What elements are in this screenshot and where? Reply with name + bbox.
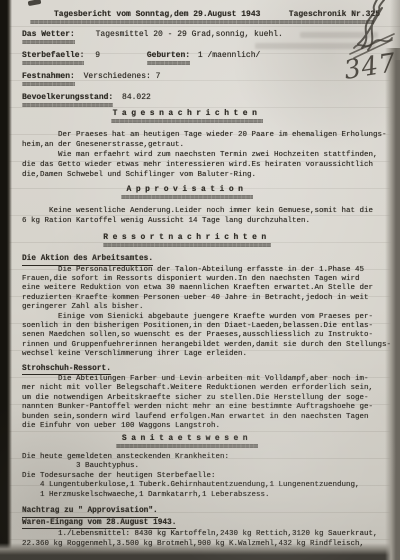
- underline-rule: ========================================…: [22, 40, 75, 47]
- section-ressortnachrichten-header: Ressortnachrichten =====================…: [22, 233, 352, 253]
- approvisation-paragraph: Keine wesentliche Aenderung.Leider noch …: [22, 206, 390, 226]
- weather-label: Das Wetter:=============================…: [22, 30, 75, 40]
- underline-rule: ========================================…: [22, 82, 75, 89]
- section-heading-ressortnachrichten: Ressortnachrichten: [103, 233, 270, 243]
- report-title: Tagesbericht vom Sonntag,dem 29.August 1…: [54, 10, 260, 20]
- arbeitsamt-paragraph-2: Einige vom Sienicki abgebaute juengere K…: [22, 313, 390, 360]
- subsection-arbeitsamt-title: Die Aktion des Arbeitsamtes.: [22, 254, 390, 266]
- deaths-label: Sterbefaelle:===========================…: [22, 51, 84, 61]
- weather-row: Das Wetter:=============================…: [22, 30, 390, 51]
- section-heading-tagesnachrichten: Tagesnachrichten: [113, 109, 262, 119]
- births-value: 1 /maennlich/: [198, 51, 260, 60]
- ink-smudge: [28, 0, 42, 6]
- deaths-births-row: Sterbefaelle:===========================…: [22, 51, 390, 72]
- tagesnachrichten-paragraph-1: Der Praeses hat am heutigen Tage wieder …: [22, 130, 390, 150]
- arrests-label: Festnahmen:=============================…: [22, 72, 75, 82]
- arrests-value: Verschiedenes: 7: [84, 72, 161, 81]
- scan-edge-left: [0, 0, 12, 560]
- tagesnachrichten-paragraph-2: Wie man erfaehrt wird zum naechsten Term…: [22, 150, 390, 180]
- deaths-value: 9: [95, 51, 100, 60]
- section-approvisation-header: Approvisation ==========================…: [22, 185, 352, 205]
- section-sanitaetswesen-header: Sanitaetswesen =========================…: [22, 434, 352, 454]
- header-rule: ========================================…: [22, 20, 390, 27]
- underline-rule: ========================================…: [22, 61, 84, 68]
- section-heading-approvisation: Approvisation: [127, 185, 248, 195]
- weather-value: Tagesmittel 20 - 29 Grad,sonnig, kuehl.: [96, 30, 283, 39]
- underline-rule: ========================================…: [147, 61, 190, 68]
- arrests-row: Festnahmen:=============================…: [22, 72, 390, 93]
- report-header: Tagesbericht vom Sonntag,dem 29.August 1…: [22, 10, 390, 20]
- heading-rule: ========================================…: [116, 444, 258, 451]
- heading-rule: ========================================…: [111, 119, 263, 126]
- heading-rule: ========================================…: [121, 195, 253, 202]
- scanned-document-page: Tagesbericht vom Sonntag,dem 29.August 1…: [0, 0, 400, 560]
- daily-statistics: Das Wetter:=============================…: [22, 30, 390, 109]
- underline-rule: ========================================…: [22, 103, 113, 110]
- population-value: 84.022: [122, 93, 151, 102]
- population-row: Bevoelkerungsstand:=====================…: [22, 93, 390, 109]
- subsection-strohschuh-title: Strohschuh-Ressort.: [22, 364, 390, 376]
- section-tagesnachrichten-header: Tagesnachrichten =======================…: [22, 109, 352, 129]
- nachtrag-paragraph: 1./Lebensmittel: 8430 kg Kartoffeln,2430…: [22, 529, 390, 549]
- nachtrag-title: Nachtrag zu " Approvisation".: [22, 506, 390, 518]
- population-label: Bevoelkerungsstand:=====================…: [22, 93, 113, 103]
- document-body: Tagesbericht vom Sonntag,dem 29.August 1…: [22, 10, 390, 549]
- arbeitsamt-paragraph-1: Die Personalreduktion der Talon-Abteilun…: [22, 266, 390, 313]
- sanitaetswesen-body: Die heute gemeldeten ansteckenden Krankh…: [22, 453, 390, 501]
- heading-rule: ========================================…: [103, 243, 271, 250]
- chronik-number: Tageschronik Nr.325: [289, 10, 380, 20]
- section-heading-sanitaetswesen: Sanitaetswesen: [122, 434, 252, 444]
- births-label: Geburten:===============================…: [147, 51, 190, 61]
- nachtrag-subtitle: Waren-Eingang vom 28.August 1943.: [22, 518, 390, 530]
- strohschuh-paragraph: Die Abteilungen Farber und Levin arbeite…: [22, 375, 390, 431]
